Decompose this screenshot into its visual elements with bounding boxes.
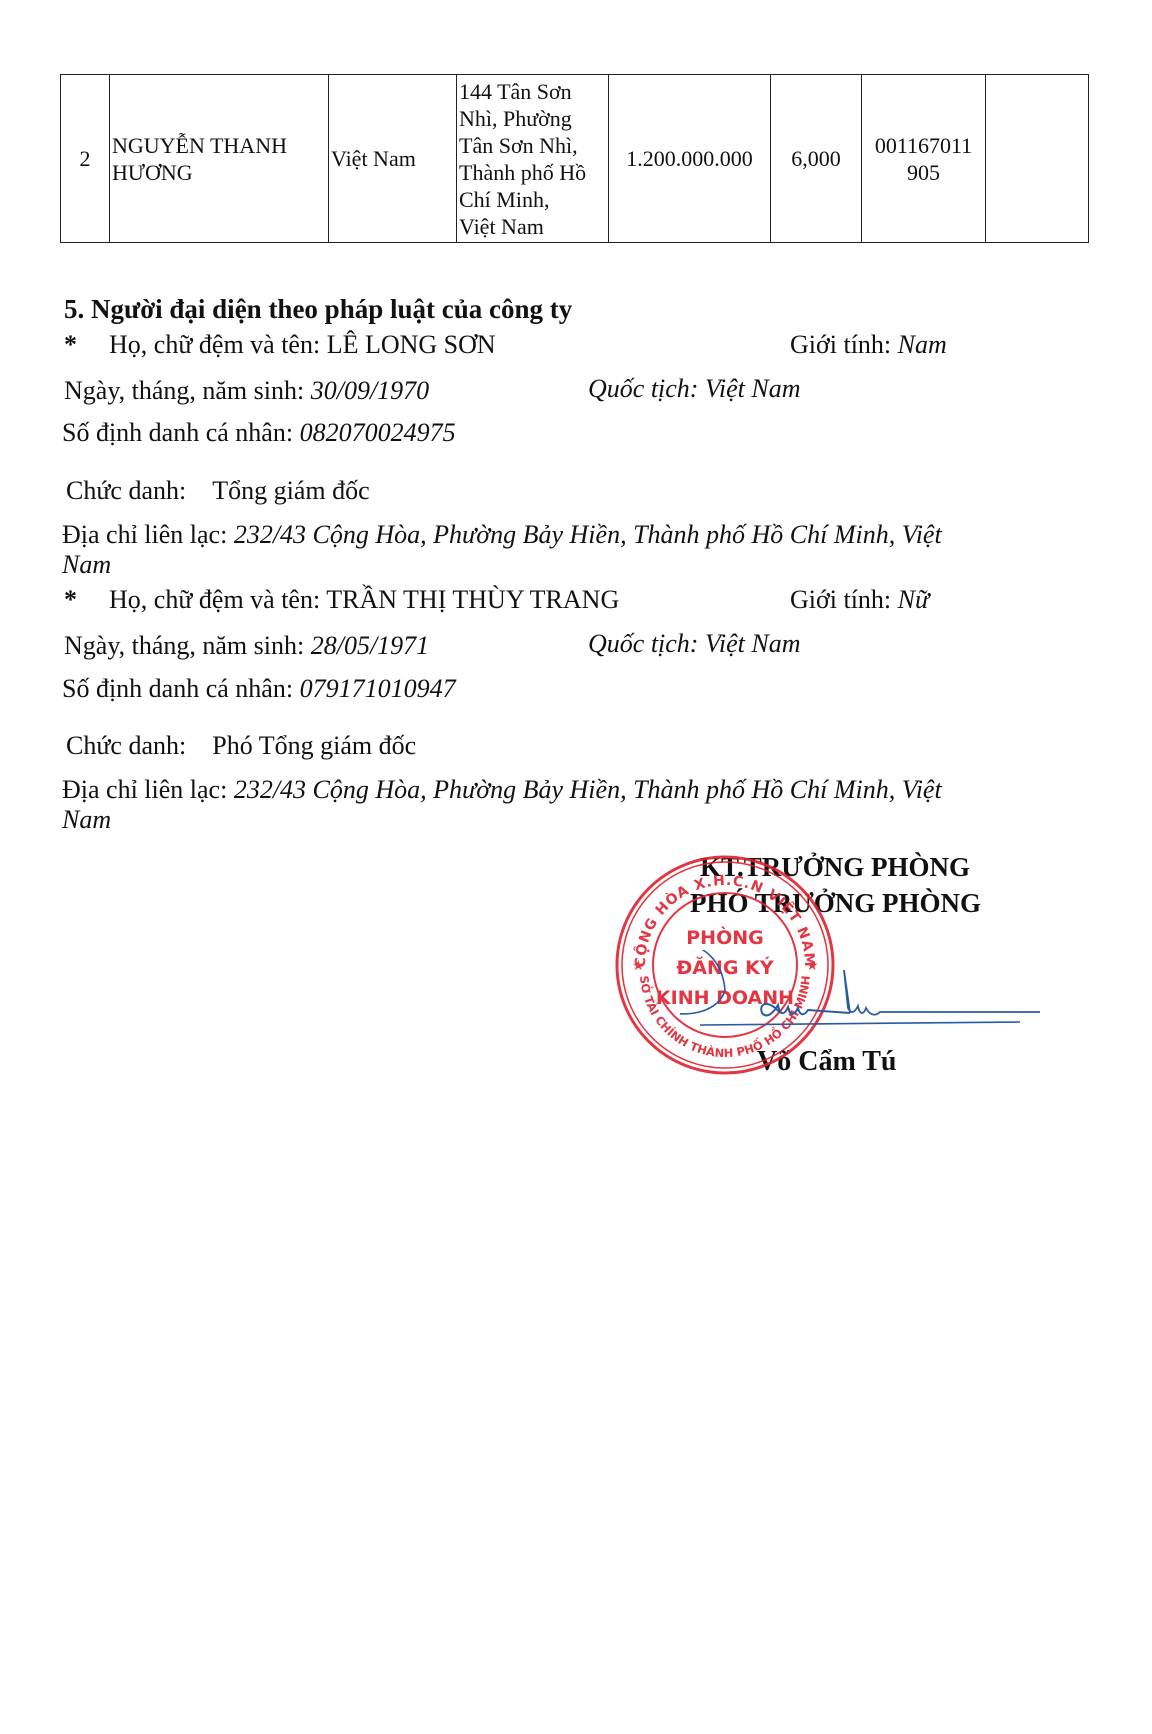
address-line: Chí Minh, xyxy=(459,186,606,213)
person-1-dob: Ngày, tháng, năm sinh: 30/09/1970 xyxy=(64,376,429,406)
nationality-value: Việt Nam xyxy=(705,374,801,403)
bullet-star: * xyxy=(64,330,109,360)
dob-value: 28/05/1971 xyxy=(311,631,429,660)
table-row: 2 NGUYỄN THANH HƯƠNG Việt Nam 144 Tân Sơ… xyxy=(61,75,1089,243)
gender-label: Giới tính: xyxy=(790,330,891,359)
id-line: 001167011 xyxy=(864,132,983,159)
id-line: 905 xyxy=(864,159,983,186)
title-label: Chức danh: xyxy=(66,731,186,760)
person-2-nationality: Quốc tịch: Việt Nam xyxy=(588,629,801,659)
name-line: HƯƠNG xyxy=(112,159,326,186)
svg-text:PHÒNG: PHÒNG xyxy=(686,925,763,949)
cell-address: 144 Tân Sơn Nhì, Phường Tân Sơn Nhì, Thà… xyxy=(457,75,609,243)
address-line: 144 Tân Sơn xyxy=(459,78,606,105)
gender-value: Nữ xyxy=(898,585,930,614)
nationality-label: Quốc tịch: xyxy=(588,629,698,658)
name-line: NGUYỄN THANH xyxy=(112,132,326,159)
gender-value: Nam xyxy=(898,330,947,359)
nationality-value: Việt Nam xyxy=(705,629,801,658)
section-heading: 5. Người đại diện theo pháp luật của côn… xyxy=(64,294,572,324)
cell-name: NGUYỄN THANH HƯƠNG xyxy=(110,75,329,243)
person-2-name-line: *Họ, chữ đệm và tên: TRẦN THỊ THÙY TRANG xyxy=(64,585,619,615)
person-2-title: Chức danh: Phó Tổng giám đốc xyxy=(66,731,416,761)
address-value: 232/43 Cộng Hòa, Phường Bảy Hiền, Thành … xyxy=(234,520,942,549)
dob-label: Ngày, tháng, năm sinh: xyxy=(64,631,304,660)
gender-label: Giới tính: xyxy=(790,585,891,614)
cell-id-number: 001167011 905 xyxy=(862,75,986,243)
address-line: Thành phố Hồ xyxy=(459,159,606,186)
document-page: 2 NGUYỄN THANH HƯƠNG Việt Nam 144 Tân Sơ… xyxy=(0,0,1152,1734)
title-value: Phó Tổng giám đốc xyxy=(212,731,416,760)
cell-note xyxy=(986,75,1089,243)
person-name: TRẦN THỊ THÙY TRANG xyxy=(326,585,619,614)
address-line: Nhì, Phường xyxy=(459,105,606,132)
owners-table: 2 NGUYỄN THANH HƯƠNG Việt Nam 144 Tân Sơ… xyxy=(60,74,1089,243)
person-1-address-cont: Nam xyxy=(62,550,111,580)
name-label: Họ, chữ đệm và tên: xyxy=(109,330,320,359)
person-2-gender: Giới tính: Nữ xyxy=(790,585,929,615)
handwritten-signature xyxy=(680,950,1050,1030)
name-label: Họ, chữ đệm và tên: xyxy=(109,585,320,614)
person-1-id: Số định danh cá nhân: 082070024975 xyxy=(62,418,456,448)
id-label: Số định danh cá nhân: xyxy=(62,418,293,447)
bullet-star: * xyxy=(64,585,109,615)
address-label: Địa chỉ liên lạc: xyxy=(62,775,227,804)
cell-nationality: Việt Nam xyxy=(329,75,457,243)
address-value: 232/43 Cộng Hòa, Phường Bảy Hiền, Thành … xyxy=(234,775,942,804)
id-label: Số định danh cá nhân: xyxy=(62,674,293,703)
cell-ratio: 6,000 xyxy=(771,75,862,243)
person-2-dob: Ngày, tháng, năm sinh: 28/05/1971 xyxy=(64,631,429,661)
person-2-address: Địa chỉ liên lạc: 232/43 Cộng Hòa, Phườn… xyxy=(62,775,942,805)
person-1-gender: Giới tính: Nam xyxy=(790,330,947,360)
id-value: 082070024975 xyxy=(300,418,456,447)
cell-no: 2 xyxy=(61,75,110,243)
person-1-address: Địa chỉ liên lạc: 232/43 Cộng Hòa, Phườn… xyxy=(62,520,942,550)
title-value: Tổng giám đốc xyxy=(212,476,369,505)
person-2-id: Số định danh cá nhân: 079171010947 xyxy=(62,674,456,704)
dob-label: Ngày, tháng, năm sinh: xyxy=(64,376,304,405)
person-name: LÊ LONG SƠN xyxy=(327,330,496,359)
address-label: Địa chỉ liên lạc: xyxy=(62,520,227,549)
nationality-label: Quốc tịch: xyxy=(588,374,698,403)
cell-capital: 1.200.000.000 xyxy=(609,75,771,243)
person-1-nationality: Quốc tịch: Việt Nam xyxy=(588,374,801,404)
address-line: Việt Nam xyxy=(459,213,606,240)
person-1-name-line: *Họ, chữ đệm và tên: LÊ LONG SƠN xyxy=(64,330,496,360)
title-label: Chức danh: xyxy=(66,476,186,505)
id-value: 079171010947 xyxy=(300,674,456,703)
address-line: Tân Sơn Nhì, xyxy=(459,132,606,159)
person-2-address-cont: Nam xyxy=(62,805,111,835)
svg-text:★: ★ xyxy=(632,959,645,974)
person-1-title: Chức danh: Tổng giám đốc xyxy=(66,476,370,506)
dob-value: 30/09/1970 xyxy=(311,376,429,405)
